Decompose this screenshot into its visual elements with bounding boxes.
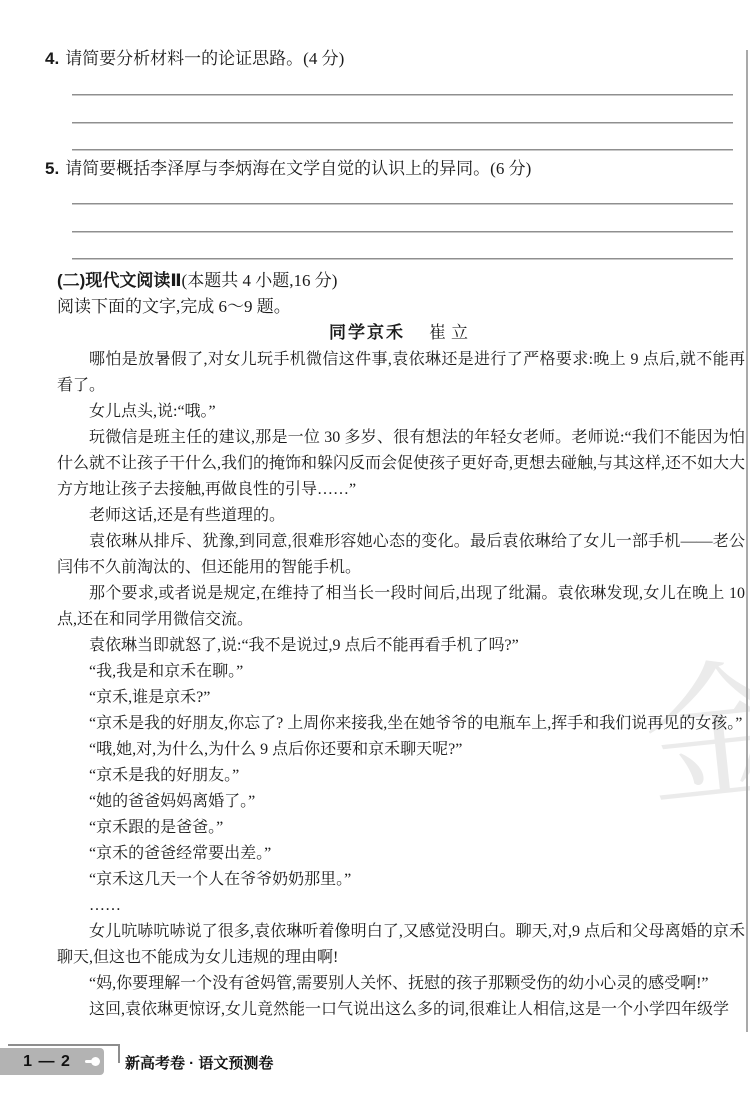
passage-paragraph: “京禾,谁是京禾?”: [57, 685, 745, 711]
question-5: 5.请简要概括李泽厚与李炳海在文学自觉的认识上的异同。(6 分): [45, 157, 740, 181]
question-4-text: 请简要分析材料一的论证思路。(4 分): [65, 49, 344, 68]
answer-line: [72, 258, 733, 260]
page-edge-line: [746, 50, 748, 1032]
passage-paragraph: 老师这话,还是有些道理的。: [57, 503, 745, 529]
passage-paragraph: “京禾是我的好朋友。”: [57, 763, 745, 789]
passage-paragraph: 哪怕是放暑假了,对女儿玩手机微信这件事,袁依琳还是进行了严格要求:晚上 9 点后…: [57, 347, 745, 399]
passage-paragraph: 玩微信是班主任的建议,那是一位 30 多岁、很有想法的年轻女老师。老师说:“我们…: [57, 425, 745, 503]
answer-line: [72, 94, 733, 96]
answer-line: [72, 149, 733, 151]
section-header: (二)现代文阅读Ⅱ(本题共 4 小题,16 分): [57, 269, 745, 293]
arrow-icon: [91, 1057, 100, 1066]
booklet-label: 新高考卷 · 语文预测卷: [125, 1052, 273, 1073]
passage-paragraph: “京禾这几天一个人在爷爷奶奶那里。”: [57, 867, 745, 893]
passage-paragraph: “哦,她,对,为什么,为什么 9 点后你还要和京禾聊天呢?”: [57, 737, 745, 763]
answer-line: [72, 231, 733, 233]
passage-paragraph: ……: [57, 893, 745, 919]
page-number-tab: 1 — 2: [0, 1048, 104, 1075]
section-instruction: 阅读下面的文字,完成 6～9 题。: [57, 295, 745, 319]
passage-title: 同学京禾: [329, 323, 405, 342]
passage-paragraph: 袁依琳从排斥、犹豫,到同意,很难形容她心态的变化。最后袁依琳给了女儿一部手机——…: [57, 529, 745, 581]
passage-paragraph: 女儿吭哧吭哧说了很多,袁依琳听着像明白了,又感觉没明白。聊天,对,9 点后和父母…: [57, 919, 745, 971]
question-5-number: 5.: [45, 159, 59, 178]
passage-paragraph: “京禾是我的好朋友,你忘了? 上周你来接我,坐在她爷爷的电瓶车上,挥手和我们说再…: [57, 711, 745, 737]
passage-body: 哪怕是放暑假了,对女儿玩手机微信这件事,袁依琳还是进行了严格要求:晚上 9 点后…: [57, 347, 745, 1023]
passage-title-line: 同学京禾崔立: [57, 320, 745, 346]
page-number: 1 — 2: [23, 1053, 81, 1071]
question-4: 4.请简要分析材料一的论证思路。(4 分): [45, 47, 740, 71]
passage-author: 崔立: [429, 323, 473, 342]
passage-paragraph: “我,我是和京禾在聊。”: [57, 659, 745, 685]
passage-paragraph: 那个要求,或者说是规定,在维持了相当长一段时间后,出现了纰漏。袁依琳发现,女儿在…: [57, 581, 745, 633]
exam-page: 金 4.请简要分析材料一的论证思路。(4 分) 5.请简要概括李泽厚与李炳海在文…: [0, 0, 750, 1107]
question-5-text: 请简要概括李泽厚与李炳海在文学自觉的认识上的异同。(6 分): [65, 159, 531, 178]
section-header-title: (二)现代文阅读Ⅱ: [57, 271, 182, 290]
passage-paragraph: “妈,你要理解一个没有爸妈管,需要别人关怀、抚慰的孩子那颗受伤的幼小心灵的感受啊…: [57, 971, 745, 997]
passage-paragraph: 这回,袁依琳更惊讶,女儿竟然能一口气说出这么多的词,很难让人相信,这是一个小学四…: [57, 997, 745, 1023]
question-4-number: 4.: [45, 49, 59, 68]
passage-paragraph: “她的爸爸妈妈离婚了。”: [57, 789, 745, 815]
passage-paragraph: “京禾跟的是爸爸。”: [57, 815, 745, 841]
passage-paragraph: “京禾的爸爸经常要出差。”: [57, 841, 745, 867]
answer-line: [72, 122, 733, 124]
section-header-points: (本题共 4 小题,16 分): [182, 271, 338, 290]
answer-line: [72, 203, 733, 205]
passage-paragraph: 袁依琳当即就怒了,说:“我不是说过,9 点后不能再看手机了吗?”: [57, 633, 745, 659]
passage-paragraph: 女儿点头,说:“哦。”: [57, 399, 745, 425]
